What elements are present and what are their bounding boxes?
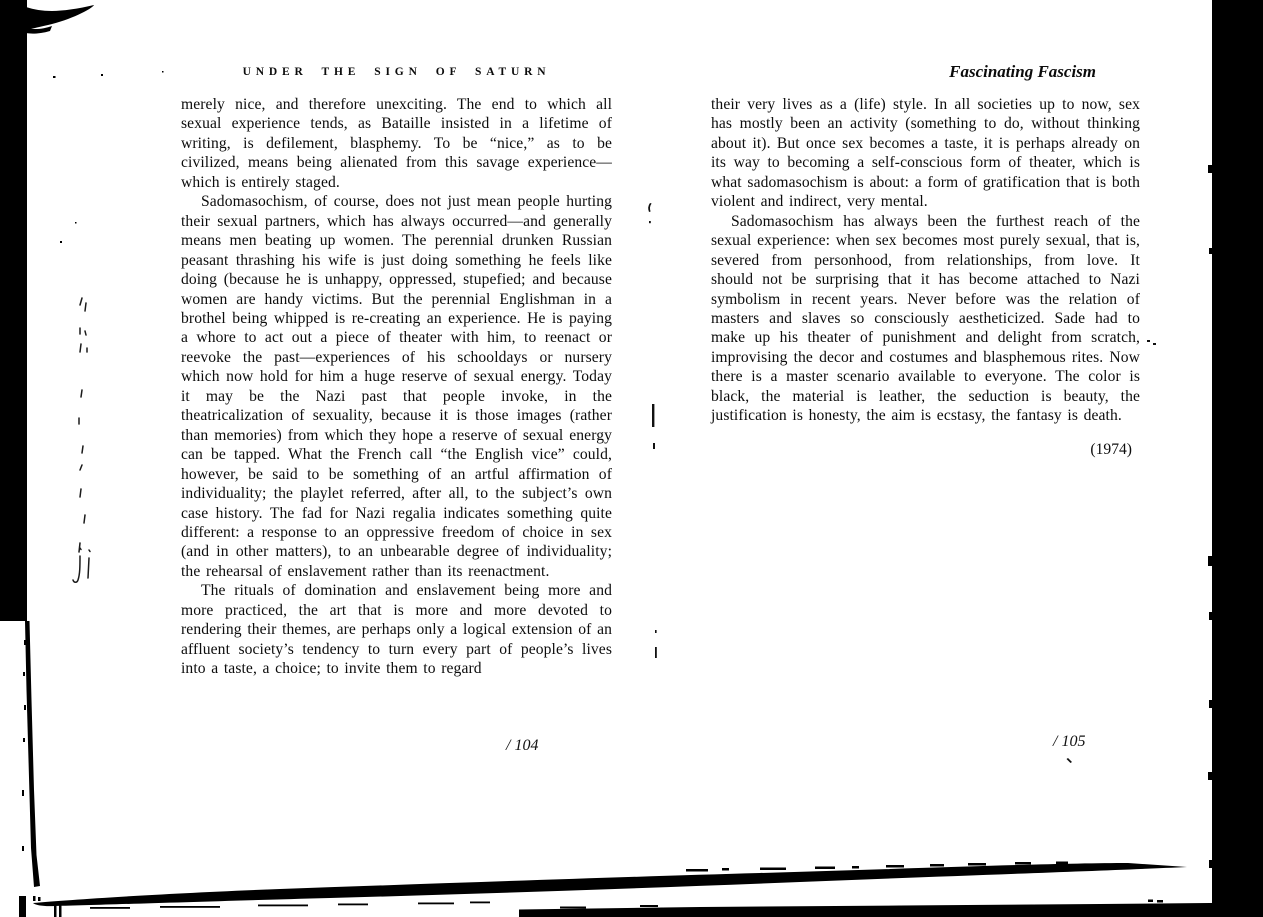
scanned-book-spread: UNDER THE SIGN OF SATURN merely nice, an…: [0, 0, 1263, 917]
scan-artifact-bottom-band: [33, 863, 1187, 906]
right-page-number: / 105: [1053, 733, 1085, 751]
left-paragraph-2: Sadomasochism, of course, does not just …: [181, 192, 612, 581]
gutter-marks: [648, 203, 657, 658]
left-page: UNDER THE SIGN OF SATURN merely nice, an…: [181, 66, 612, 679]
scan-artifact-top-swoosh: [26, 5, 94, 31]
margin-scribbles: [73, 298, 90, 582]
right-page: Fascinating Fascism their very lives as …: [711, 62, 1140, 459]
scan-artifact-top-swoosh-tail: [26, 26, 52, 34]
scan-artifact-corner-mark: [19, 896, 26, 917]
right-paragraph-1: their very lives as a (life) style. In a…: [711, 95, 1140, 212]
right-paragraph-2: Sadomasochism has always been the furthe…: [711, 212, 1140, 426]
right-running-head: Fascinating Fascism: [711, 62, 1140, 82]
scan-artifact-bottom-strip: [519, 903, 1263, 917]
left-page-number: / 104: [506, 737, 538, 755]
essay-date: (1974): [711, 441, 1140, 459]
scan-artifact-right-bar: [1212, 0, 1263, 917]
left-running-head: UNDER THE SIGN OF SATURN: [181, 66, 612, 78]
left-paragraph-3: The rituals of domination and enslavemen…: [181, 581, 612, 678]
left-paragraph-1: merely nice, and therefore unexciting. T…: [181, 95, 612, 192]
scan-artifact-left-crease: [25, 621, 40, 887]
scan-artifact-left-bar: [0, 0, 27, 621]
